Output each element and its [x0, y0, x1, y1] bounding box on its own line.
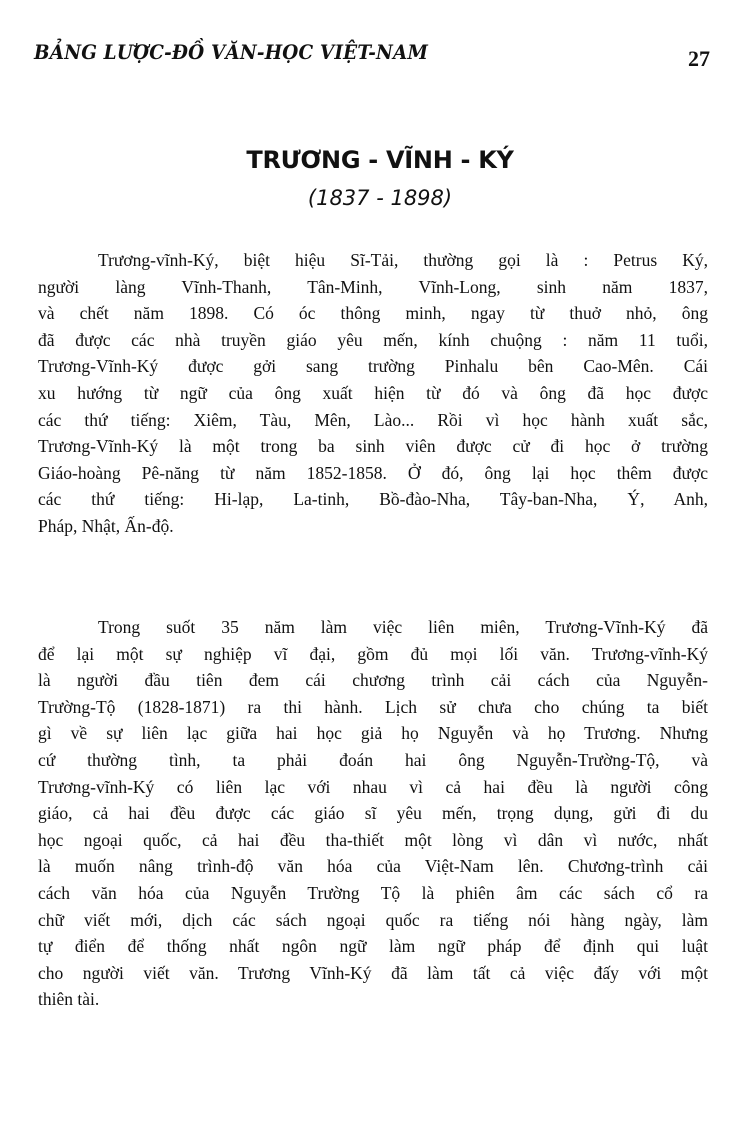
text-line: Trương-Vĩnh-Ký là một trong ba sinh viên… — [38, 433, 708, 460]
text-line: các thứ tiếng: Xiêm, Tàu, Mên, Lào... Rồ… — [38, 407, 708, 434]
text-line: cứ thường tình, ta phải đoán hai ông Ngu… — [38, 747, 708, 774]
article-title: TRƯƠNG - VĨNH - KÝ — [0, 146, 740, 174]
running-head: BẢNG LƯỢC-ĐỒ VĂN-HỌC VIỆT-NAM — [34, 40, 428, 64]
text-line: chữ viết mới, dịch các sách ngoại quốc r… — [38, 907, 708, 934]
text-line: cho người viết văn. Trương Vĩnh-Ký đã là… — [38, 960, 708, 987]
article-dates: (1837 - 1898) — [0, 186, 740, 210]
text-line: các thứ tiếng: Hi-lạp, La-tinh, Bồ-đào-N… — [38, 486, 708, 513]
text-line: Trường-Tộ (1828-1871) ra thi hành. Lịch … — [38, 694, 708, 721]
text-line: là muốn nâng trình-độ văn hóa của Việt-N… — [38, 853, 708, 880]
text-line: Pháp, Nhật, Ấn-độ. — [38, 513, 708, 540]
text-line: Trương-vĩnh-Ký có liên lạc với nhau vì c… — [38, 774, 708, 801]
paragraph-2: Trong suốt 35 năm làm việc liên miên, Tr… — [38, 614, 708, 1013]
text-line: gì về sự liên lạc giữa hai học giả họ Ng… — [38, 720, 708, 747]
text-line: Trương-Vĩnh-Ký được gởi sang trường Pinh… — [38, 353, 708, 380]
text-line: để lại một sự nghiệp vĩ đại, gồm đủ mọi … — [38, 641, 708, 668]
text-line: học ngoại quốc, cả hai đều tha-thiết một… — [38, 827, 708, 854]
text-line: xu hướng từ ngữ của ông xuất hiện từ đó … — [38, 380, 708, 407]
text-line: cách văn hóa của Nguyễn Trường Tộ là phi… — [38, 880, 708, 907]
text-line: giáo, cả hai đều được các giáo sĩ yêu mế… — [38, 800, 708, 827]
text-line: là người đầu tiên đem cái chương trình c… — [38, 667, 708, 694]
paragraph-1: Trương-vĩnh-Ký, biệt hiệu Sĩ-Tải, thường… — [38, 247, 708, 540]
text-line: người làng Vĩnh-Thanh, Tân-Minh, Vĩnh-Lo… — [38, 274, 708, 301]
text-line: Giáo-hoàng Pê-năng từ năm 1852-1858. Ở đ… — [38, 460, 708, 487]
text-line: và chết năm 1898. Có óc thông minh, ngay… — [38, 300, 708, 327]
text-line: thiên tài. — [38, 986, 708, 1013]
text-line: đã được các nhà truyền giáo yêu mến, kín… — [38, 327, 708, 354]
text-line: Trương-vĩnh-Ký, biệt hiệu Sĩ-Tải, thường… — [38, 247, 708, 274]
text-line: Trong suốt 35 năm làm việc liên miên, Tr… — [38, 614, 708, 641]
text-line: tự điển để thống nhất ngôn ngữ làm ngữ p… — [38, 933, 708, 960]
page-number: 27 — [688, 46, 710, 72]
